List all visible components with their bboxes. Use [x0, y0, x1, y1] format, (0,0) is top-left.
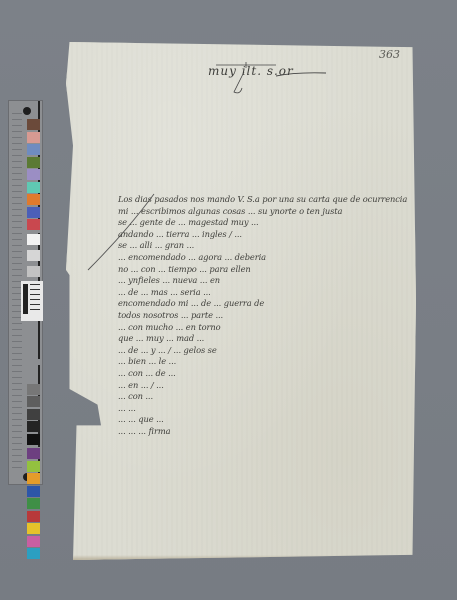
manuscript-line: andando ... tierra ... ingles / ...: [118, 229, 410, 241]
manuscript-line: ... con mucho ... en torno: [118, 322, 410, 334]
manuscript-line: ... de ... y ... / ... gelos se: [118, 345, 410, 357]
letter-heading: muy ilt. s.or: [208, 64, 294, 78]
manuscript-line: ... ...: [118, 403, 410, 415]
manuscript-line: se ... gente de ... magestad muy ...: [118, 217, 410, 229]
strip-hole-icon: [23, 107, 31, 115]
color-patch: [27, 119, 40, 130]
color-patch: [27, 448, 40, 459]
color-patch: [27, 434, 40, 445]
color-checker-strip: [8, 100, 43, 485]
manuscript-line: que ... muy ... mad ...: [118, 333, 410, 345]
color-patch: [27, 548, 40, 559]
color-patch: [27, 169, 40, 180]
color-patch: [27, 421, 40, 432]
color-patch: [27, 384, 40, 395]
manuscript-line: ... encomendado ... agora ... deberia: [118, 252, 410, 264]
color-patch: [27, 409, 40, 420]
color-patch: [27, 144, 40, 155]
color-patch: [27, 250, 40, 261]
manuscript-line: encomendado mi ... de ... guerra de: [118, 298, 410, 310]
color-patch: [27, 157, 40, 168]
manuscript-line: no ... con ... tiempo ... para ellen: [118, 264, 410, 276]
color-patch: [27, 396, 40, 407]
manuscript-line: ... de ... mas ... seria ...: [118, 287, 410, 299]
manuscript-line: Los dias pasados nos mando V. S.a por un…: [118, 194, 410, 206]
manuscript-line: todos nosotros ... parte ...: [118, 310, 410, 322]
manuscript-line: ... ynfieles ... nueva ... en: [118, 275, 410, 287]
color-patch: [27, 473, 40, 484]
color-patch: [27, 536, 40, 547]
color-patch: [27, 523, 40, 534]
folio-number: 363: [379, 48, 400, 61]
manuscript-line: ... bien ... le ...: [118, 356, 410, 368]
color-patch: [27, 207, 40, 218]
manuscript-page: 363 muy ilt. s.or Los dias pasados nos m…: [66, 42, 416, 560]
manuscript-line: ... con ...: [118, 391, 410, 403]
manuscript-line: se ... alli ... gran ...: [118, 240, 410, 252]
manuscript-line: ... ... ... firma: [118, 426, 410, 438]
color-patch: [27, 498, 40, 509]
color-patch: [27, 461, 40, 472]
manuscript-line: mi ... escribimos algunas cosas ... su y…: [118, 206, 410, 218]
color-patch: [27, 219, 40, 230]
color-patch: [27, 182, 40, 193]
manuscript-line: ... ... que ...: [118, 414, 410, 426]
manuscript-line: ... en ... / ...: [118, 380, 410, 392]
manuscript-body: Los dias pasados nos mando V. S.a por un…: [118, 194, 410, 437]
scale-target: [21, 281, 43, 321]
color-patch: [27, 266, 40, 277]
color-patch: [27, 194, 40, 205]
color-patch: [27, 511, 40, 522]
color-patch: [27, 486, 40, 497]
color-patch: [27, 132, 40, 143]
color-patch: [27, 234, 40, 245]
manuscript-line: ... con ... de ...: [118, 368, 410, 380]
